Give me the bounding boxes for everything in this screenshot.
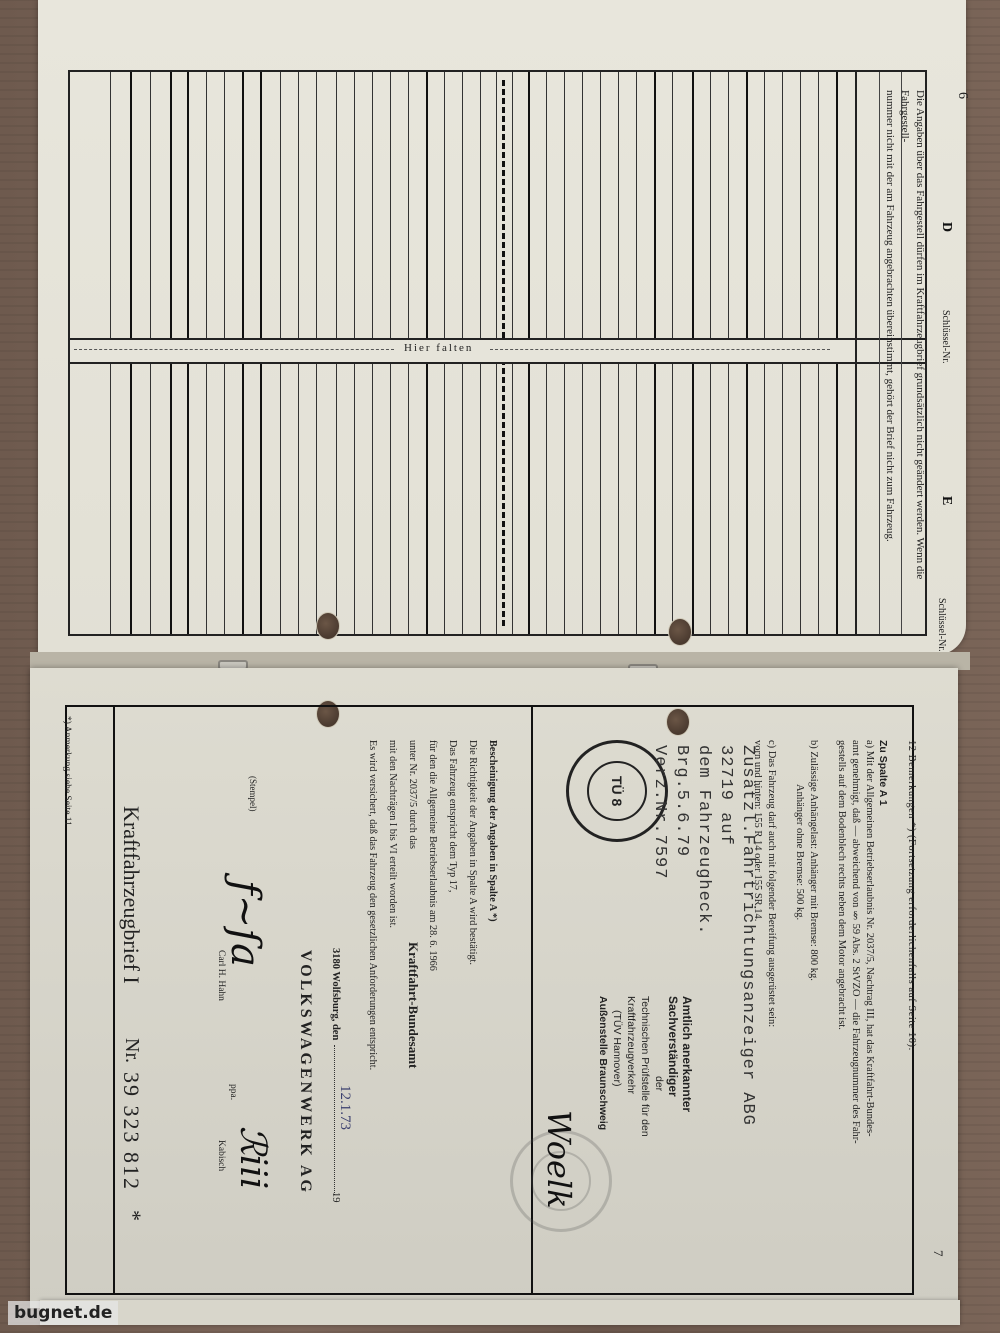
watermark: bugnet.de [8,1301,118,1325]
footnote: *) Anmerkung siehe Seite 11 [62,716,72,936]
signature-kabisch: ℛiii [232,1126,273,1189]
authority-name: Kraftfahrt-Bundesamt [405,942,421,1068]
page-number-7: 7 [930,1250,946,1257]
document-number: 39 323 812 [118,1072,144,1232]
remarks-heading: 12 Bemerkungen *) (Fortsetzung erforderl… [906,740,917,1051]
bottom-page-content: *) Anmerkung siehe Seite 11 Kraftfahrzeu… [0,0,1000,1333]
stamp-label: (Stempel) [248,776,258,812]
certification-block: Bescheinigung der Angaben in Spalte A *)… [362,740,502,1200]
typed-modification-entry: Zusätzl.Fahrtrichtungsanzeiger ABG 32719… [648,745,758,1165]
signer1-name: Carl H. Hahn [216,950,226,1001]
certification-heading: Bescheinigung der Angaben in Spalte A *) [487,740,498,922]
signer2-prefix: ppa. [228,1084,238,1100]
signer2-name: Kabisch [216,1140,226,1171]
number-label: Nr. [120,1038,143,1063]
issue-date: 12.1.73 [336,1085,353,1130]
place-date-line [334,1045,335,1195]
number-asterisk: * [120,1210,146,1221]
document-title: Kraftfahrzeugbrief I [118,806,144,1046]
remarks-subheading: Zu Spalte A 1 [877,740,889,806]
inspector-signature: Woelk [540,1110,578,1209]
signature-hahn: ƒ~ſa [222,880,268,967]
place-date-prefix: 3180 Wolfsburg, den [330,948,341,1040]
place-date-suffix: 19 [330,1192,341,1203]
company-name: VOLKSWAGENWERK AG [296,950,314,1195]
remarks-block: 12 Bemerkungen *) (Fortsetzung erforderl… [750,740,918,1160]
